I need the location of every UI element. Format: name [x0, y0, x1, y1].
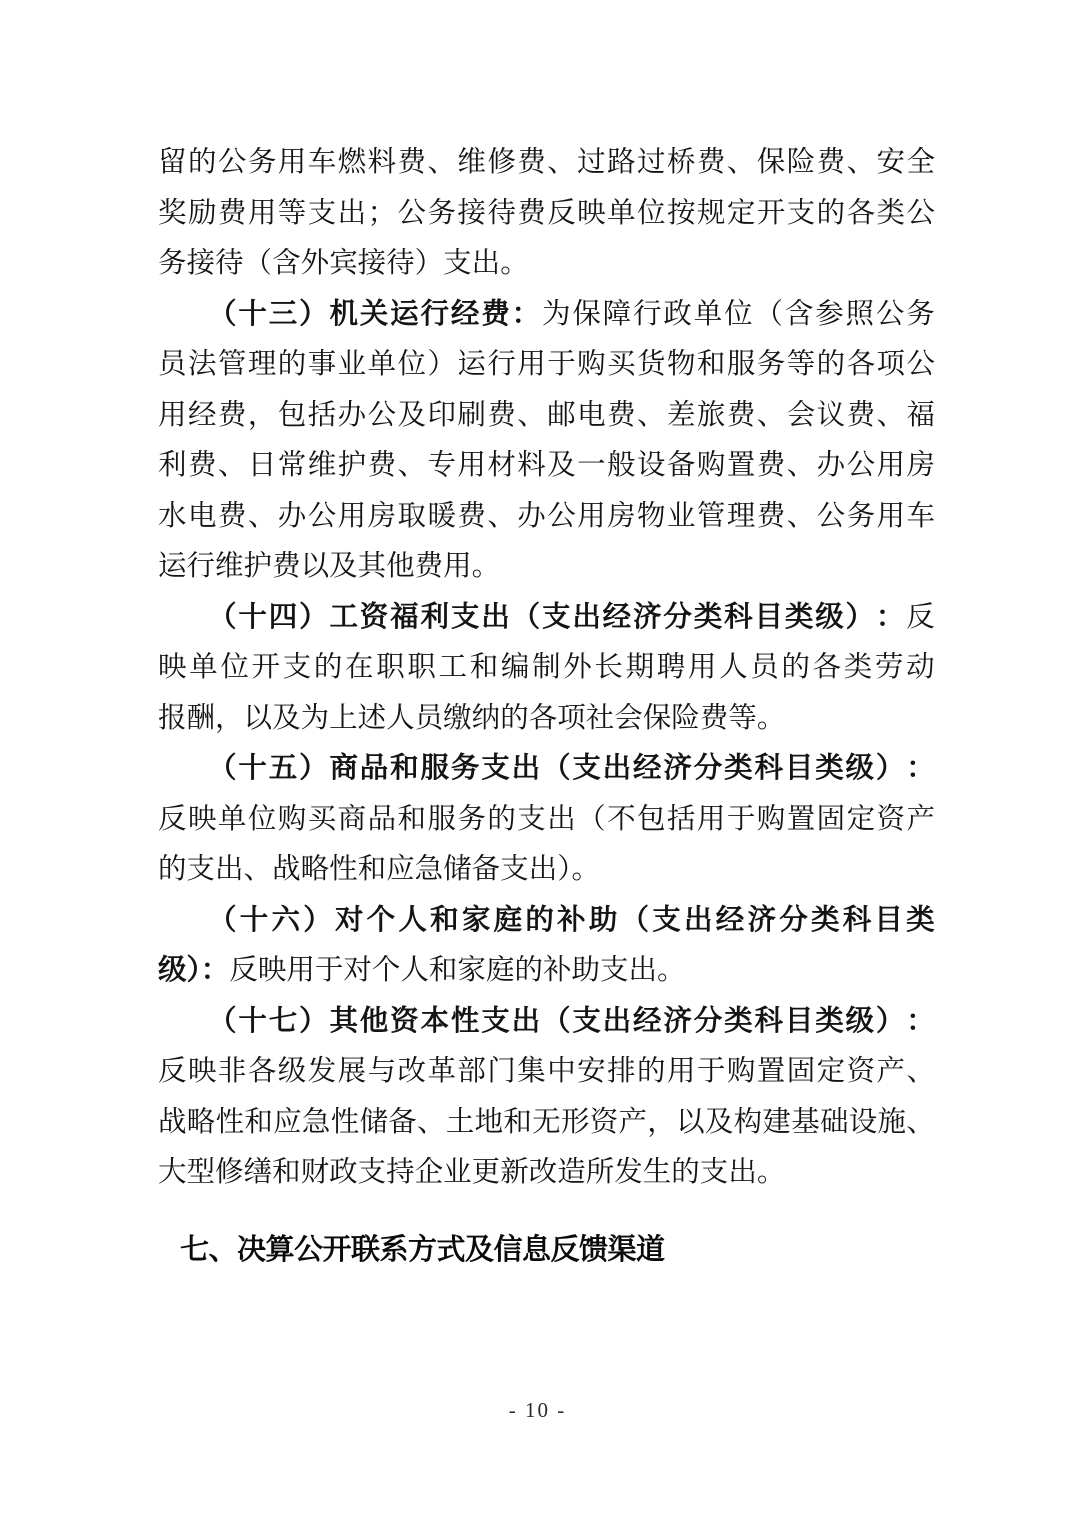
glyph: 待 [215, 248, 244, 279]
glyph: 、 [787, 503, 816, 532]
glyph: 单 [218, 806, 247, 835]
glyph: ） [299, 755, 328, 784]
glyph: 劳 [875, 654, 904, 683]
glyph: 务 [248, 149, 277, 178]
glyph: 法 [188, 351, 217, 380]
glyph: 、 [757, 402, 786, 431]
glyph: 形 [561, 1109, 590, 1138]
glyph: 用 [697, 806, 726, 835]
glyph: 办 [517, 503, 546, 532]
glyph: 公 [906, 351, 935, 380]
glyph: 费 [415, 551, 444, 582]
glyph: 分 [694, 1008, 723, 1037]
glyph: 纳 [472, 703, 501, 734]
glyph: 的 [500, 703, 529, 734]
glyph: 专 [427, 452, 456, 481]
glyph: 经 [451, 301, 480, 330]
glyph: 费 [757, 503, 786, 532]
glyph: 务 [158, 248, 187, 279]
glyph: 所 [586, 1157, 615, 1188]
text-line: （十四）工资福利支出（支出经济分类科目类级）：反 [158, 593, 935, 644]
glyph: 更 [472, 1157, 501, 1188]
page-number: - 10 - [509, 1398, 567, 1422]
glyph: 职 [407, 654, 436, 683]
glyph: 桥 [667, 149, 696, 178]
glyph: 单 [694, 301, 723, 330]
glyph: 、 [398, 452, 427, 481]
glyph: 务 [451, 755, 480, 784]
text-line: 战略性和应急性储备、土地和无形资产，以及构建基础设施、 [158, 1098, 935, 1149]
glyph: 人 [400, 955, 429, 986]
glyph: 保 [757, 149, 786, 178]
glyph: 定 [727, 200, 756, 229]
glyph: 房 [368, 503, 397, 532]
glyph: 济 [663, 1008, 692, 1037]
glyph: 、 [487, 503, 516, 532]
glyph: 行 [187, 551, 216, 582]
glyph: ： [906, 755, 935, 784]
glyph: 公 [817, 503, 846, 532]
glyph: 、 [417, 1109, 446, 1138]
glyph: 动 [906, 654, 935, 683]
glyph: 障 [603, 301, 632, 330]
glyph: 补 [543, 955, 572, 986]
glyph: 企 [415, 1157, 444, 1188]
glyph: 庭 [494, 907, 523, 936]
glyph: 运 [457, 351, 486, 380]
glyph: 经 [188, 402, 217, 431]
glyph: 和 [390, 755, 419, 784]
glyph: 经 [603, 604, 632, 633]
glyph: 会 [614, 703, 643, 734]
glyph: 改 [529, 1157, 558, 1188]
glyph: （ [208, 604, 237, 633]
glyph: 保 [643, 703, 672, 734]
glyph: 支 [787, 200, 816, 229]
glyph: 支 [542, 604, 571, 633]
glyph: 待 [487, 200, 516, 229]
glyph: 机 [329, 301, 358, 330]
glyph: ： [512, 301, 541, 330]
text-line: 利费、日常维护费、专用材料及一般设备购置费、办公用房 [158, 441, 935, 492]
glyph: 定 [817, 1058, 846, 1087]
glyph: 支 [443, 248, 472, 279]
glyph: 接 [187, 248, 216, 279]
glyph: 费 [517, 149, 546, 178]
glyph: 用 [667, 1058, 696, 1087]
glyph: 待 [386, 248, 415, 279]
glyph: 安 [877, 149, 906, 178]
glyph: 本 [421, 1008, 450, 1037]
glyph: 政 [663, 301, 692, 330]
text-line: 级）：反映用于对个人和家庭的补助支出。 [158, 946, 935, 997]
glyph: 出 [472, 248, 501, 279]
glyph: 费 [517, 200, 546, 229]
glyph: 宾 [329, 248, 358, 279]
glyph: 支 [187, 854, 216, 885]
glyph: 业 [338, 351, 367, 380]
glyph: 运 [158, 551, 187, 582]
glyph: 社 [586, 703, 615, 734]
glyph: 土 [446, 1109, 475, 1138]
glyph: 固 [787, 1058, 816, 1087]
glyph: 对 [343, 955, 372, 986]
glyph: 般 [607, 452, 636, 481]
glyph: 备 [388, 1109, 417, 1138]
glyph: 报 [158, 703, 187, 734]
glyph: 济 [633, 604, 662, 633]
glyph: 类 [906, 907, 935, 936]
text-line: 反映单位购买商品和服务的支出（不包括用于购置固定资产 [158, 795, 935, 846]
glyph: 其 [329, 1008, 358, 1037]
glyph: 暖 [427, 503, 456, 532]
text-line: （十五）商品和服务支出（支出经济分类科目类级）： [158, 744, 935, 795]
glyph: 维 [308, 452, 337, 481]
glyph: 事 [308, 351, 337, 380]
glyph: 四 [269, 604, 298, 633]
glyph: 、 [547, 149, 576, 178]
glyph: 各 [248, 1058, 277, 1087]
glyph: 出 [512, 1008, 541, 1037]
glyph: 。 [472, 551, 501, 582]
glyph: 修 [487, 149, 516, 178]
glyph: 个 [367, 907, 396, 936]
glyph: 中 [547, 1058, 576, 1087]
glyph: 置 [787, 806, 816, 835]
glyph: 理 [248, 351, 277, 380]
glyph: 战 [158, 1109, 187, 1138]
glyph: 理 [727, 503, 756, 532]
glyph: 三 [269, 301, 298, 330]
glyph: 性 [329, 854, 358, 885]
glyph: 各 [529, 703, 558, 734]
glyph: 补 [557, 907, 586, 936]
glyph: 造 [557, 1157, 586, 1188]
glyph: 品 [360, 755, 389, 784]
glyph: 七 [269, 1008, 298, 1037]
glyph: 目 [754, 604, 783, 633]
glyph: 集 [517, 1058, 546, 1087]
glyph: 接 [457, 200, 486, 229]
glyph: 财 [301, 1157, 330, 1188]
glyph: 工 [329, 604, 358, 633]
glyph: 购 [757, 806, 786, 835]
glyph: 支 [451, 604, 480, 633]
glyph: 。 [757, 703, 786, 734]
glyph: 维 [457, 149, 486, 178]
glyph: 急 [302, 1109, 331, 1138]
glyph: 于 [547, 351, 576, 380]
glyph: 。 [757, 1157, 786, 1188]
glyph: 和 [429, 955, 458, 986]
glyph: 新 [500, 1157, 529, 1188]
glyph: 公 [906, 200, 935, 229]
glyph: 员 [750, 654, 779, 683]
glyph: 工 [439, 654, 468, 683]
glyph: 全 [906, 149, 935, 178]
glyph: 费 [398, 149, 427, 178]
glyph: 材 [487, 452, 516, 481]
glyph: 费 [218, 402, 247, 431]
glyph: 出 [481, 604, 510, 633]
glyph: 类 [694, 604, 723, 633]
glyph: 包 [637, 806, 666, 835]
glyph: 和 [697, 351, 726, 380]
glyph: 外 [563, 654, 592, 683]
glyph: 位 [220, 654, 249, 683]
glyph: 出 [547, 806, 576, 835]
glyph: 规 [697, 200, 726, 229]
glyph: 的 [158, 854, 187, 885]
glyph: 燃 [338, 149, 367, 178]
glyph: 房 [607, 503, 636, 532]
glyph: 参 [815, 301, 844, 330]
glyph: 性 [331, 1109, 360, 1138]
glyph: 建 [762, 1109, 791, 1138]
glyph: 部 [457, 1058, 486, 1087]
text-line: （十六）对个人和家庭的补助（支出经济分类科目类 [158, 896, 935, 947]
text-line: 报酬，以及为上述人员缴纳的各项社会保险费等。 [158, 694, 935, 745]
glyph: 类 [815, 755, 844, 784]
glyph: 置 [757, 1058, 786, 1087]
glyph: 房 [906, 452, 935, 481]
glyph: 十 [238, 755, 267, 784]
glyph: 产 [619, 1109, 648, 1138]
glyph: 取 [398, 503, 427, 532]
glyph: 过 [577, 149, 606, 178]
glyph: 出 [572, 604, 601, 633]
text-line: 用经费，包括办公及印刷费、邮电费、差旅费、会议费、福 [158, 391, 935, 442]
glyph: 展 [338, 1058, 367, 1087]
glyph: 、 [787, 452, 816, 481]
glyph: ） [427, 351, 456, 380]
glyph: 印 [427, 402, 456, 431]
glyph: 买 [607, 351, 636, 380]
glyph: 护 [338, 452, 367, 481]
glyph: 福 [906, 402, 935, 431]
glyph: 公 [876, 301, 905, 330]
glyph: 的 [514, 955, 543, 986]
glyph: 车 [906, 503, 935, 532]
glyph: 储 [443, 854, 472, 885]
glyph: 改 [398, 1058, 427, 1087]
glyph: 应 [273, 1109, 302, 1138]
glyph: 五 [269, 755, 298, 784]
glyph: ： [876, 604, 905, 633]
glyph: 买 [308, 806, 337, 835]
glyph: 映 [158, 654, 187, 683]
glyph: 项 [557, 703, 586, 734]
glyph: 急 [415, 854, 444, 885]
text-line: （十三）机关运行经费：为保障行政单位（含参照公务 [158, 290, 935, 341]
page-footer: - 10 - [0, 1398, 1075, 1423]
glyph: 费 [727, 402, 756, 431]
glyph: （ [542, 1008, 571, 1037]
glyph: 办 [338, 402, 367, 431]
glyph: 编 [501, 654, 530, 683]
glyph: 反 [158, 1058, 187, 1087]
glyph: 出 [338, 200, 367, 229]
glyph: 括 [308, 402, 337, 431]
glyph: （ [621, 907, 650, 936]
glyph: 出 [629, 955, 658, 986]
glyph: 和 [358, 854, 387, 885]
glyph: ） [415, 248, 444, 279]
glyph: 科 [724, 604, 753, 633]
glyph: （ [208, 907, 237, 936]
glyph: 的 [188, 149, 217, 178]
glyph: 各 [813, 654, 842, 683]
glyph: 地 [475, 1109, 504, 1138]
glyph: 、 [906, 1058, 935, 1087]
glyph: 聘 [657, 654, 686, 683]
glyph: 费 [481, 301, 510, 330]
glyph: 济 [747, 907, 776, 936]
glyph: 性 [216, 1109, 245, 1138]
text-line: 水电费、办公用房取暖费、办公用房物业管理费、公务用车 [158, 492, 935, 543]
glyph: ） [876, 1008, 905, 1037]
glyph: 施 [878, 1109, 907, 1138]
text-line: 大型修缮和财政支持企业更新改造所发生的支出。 [158, 1148, 935, 1199]
glyph: 期 [626, 654, 655, 683]
glyph: 利 [158, 452, 187, 481]
glyph: 。 [500, 248, 529, 279]
glyph: 酬 [187, 703, 216, 734]
glyph: 费 [607, 402, 636, 431]
glyph: 长 [594, 654, 623, 683]
glyph: 出 [512, 755, 541, 784]
glyph: 含 [272, 248, 301, 279]
glyph: 类 [877, 200, 906, 229]
glyph: 奖 [158, 200, 187, 229]
glyph: ） [299, 604, 328, 633]
glyph: 支 [500, 854, 529, 885]
glyph: 服 [727, 351, 756, 380]
glyph: 于 [315, 955, 344, 986]
glyph: 用 [457, 452, 486, 481]
glyph: 性 [451, 1008, 480, 1037]
text-line: 留的公务用车燃料费、维修费、过路过桥费、保险费、安全 [158, 138, 935, 189]
glyph: 和 [244, 1109, 273, 1138]
glyph: 、 [637, 402, 666, 431]
glyph: 家 [457, 955, 486, 986]
glyph: 缮 [244, 1157, 273, 1188]
glyph: 和 [430, 907, 459, 936]
glyph: 政 [329, 1157, 358, 1188]
glyph: 的 [487, 806, 516, 835]
glyph: 济 [663, 755, 692, 784]
glyph: 在 [345, 654, 374, 683]
glyph: 科 [754, 755, 783, 784]
glyph: 目 [785, 755, 814, 784]
glyph: ： [906, 1008, 935, 1037]
glyph: 他 [386, 551, 415, 582]
glyph: 基 [791, 1109, 820, 1138]
glyph: ） [303, 907, 332, 936]
glyph: 办 [817, 452, 846, 481]
glyph: 、 [244, 854, 273, 885]
glyph: 务 [457, 806, 486, 835]
glyph: 务 [427, 200, 456, 229]
glyph: 维 [215, 551, 244, 582]
glyph: 行 [487, 351, 516, 380]
glyph: 、 [248, 503, 277, 532]
glyph: 支 [700, 1157, 729, 1188]
glyph: 。 [571, 854, 600, 885]
glyph: 费 [487, 402, 516, 431]
glyph: 刷 [457, 402, 486, 431]
text-line: 员法管理的事业单位）运行用于购买货物和服务等的各项公 [158, 340, 935, 391]
glyph: 位 [637, 200, 666, 229]
glyph: 路 [607, 149, 636, 178]
glyph: 级 [815, 604, 844, 633]
glyph: 支 [481, 1008, 510, 1037]
glyph: 及 [329, 551, 358, 582]
glyph: 服 [427, 806, 456, 835]
glyph: 开 [252, 654, 281, 683]
glyph: 业 [443, 1157, 472, 1188]
glyph: 用 [577, 503, 606, 532]
glyph: 按 [667, 200, 696, 229]
glyph: 支 [572, 755, 601, 784]
glyph: 反 [906, 604, 935, 633]
glyph: 产 [906, 806, 935, 835]
glyph: 六 [271, 907, 300, 936]
glyph: 发 [614, 1157, 643, 1188]
glyph: 反 [229, 955, 258, 986]
glyph: 储 [359, 1109, 388, 1138]
glyph: 费 [457, 503, 486, 532]
glyph: 资 [847, 1058, 876, 1087]
glyph: 用 [877, 452, 906, 481]
glyph: ； [368, 200, 397, 229]
glyph: 备 [667, 452, 696, 481]
glyph: 级 [846, 1008, 875, 1037]
glyph: （ [577, 806, 606, 835]
glyph: 设 [637, 452, 666, 481]
glyph: 邮 [547, 402, 576, 431]
glyph: 资 [877, 806, 906, 835]
glyph: 的 [817, 351, 846, 380]
glyph: 及 [272, 703, 301, 734]
glyph: 大 [158, 1157, 187, 1188]
glyph: 商 [338, 806, 367, 835]
glyph: 出 [603, 755, 632, 784]
glyph: 单 [189, 654, 218, 683]
glyph: 员 [158, 351, 187, 380]
glyph: 接 [358, 248, 387, 279]
glyph: 物 [637, 503, 666, 532]
glyph: 人 [386, 703, 415, 734]
glyph: 革 [427, 1058, 456, 1087]
glyph: 各 [847, 351, 876, 380]
glyph: 、 [517, 402, 546, 431]
glyph: 用 [278, 149, 307, 178]
glyph: 用 [338, 503, 367, 532]
glyph: 职 [376, 654, 405, 683]
glyph: 购 [697, 452, 726, 481]
glyph: 出 [215, 854, 244, 885]
glyph: 修 [215, 1157, 244, 1188]
glyph: 的 [637, 1058, 666, 1087]
glyph: 生 [643, 1157, 672, 1188]
glyph: 行 [633, 301, 662, 330]
glyph: 各 [847, 200, 876, 229]
glyph: 等 [728, 703, 757, 734]
glyph: 与 [368, 1058, 397, 1087]
text-line: （十七）其他资本性支出（支出经济分类科目类级）： [158, 997, 935, 1048]
glyph: 安 [577, 1058, 606, 1087]
